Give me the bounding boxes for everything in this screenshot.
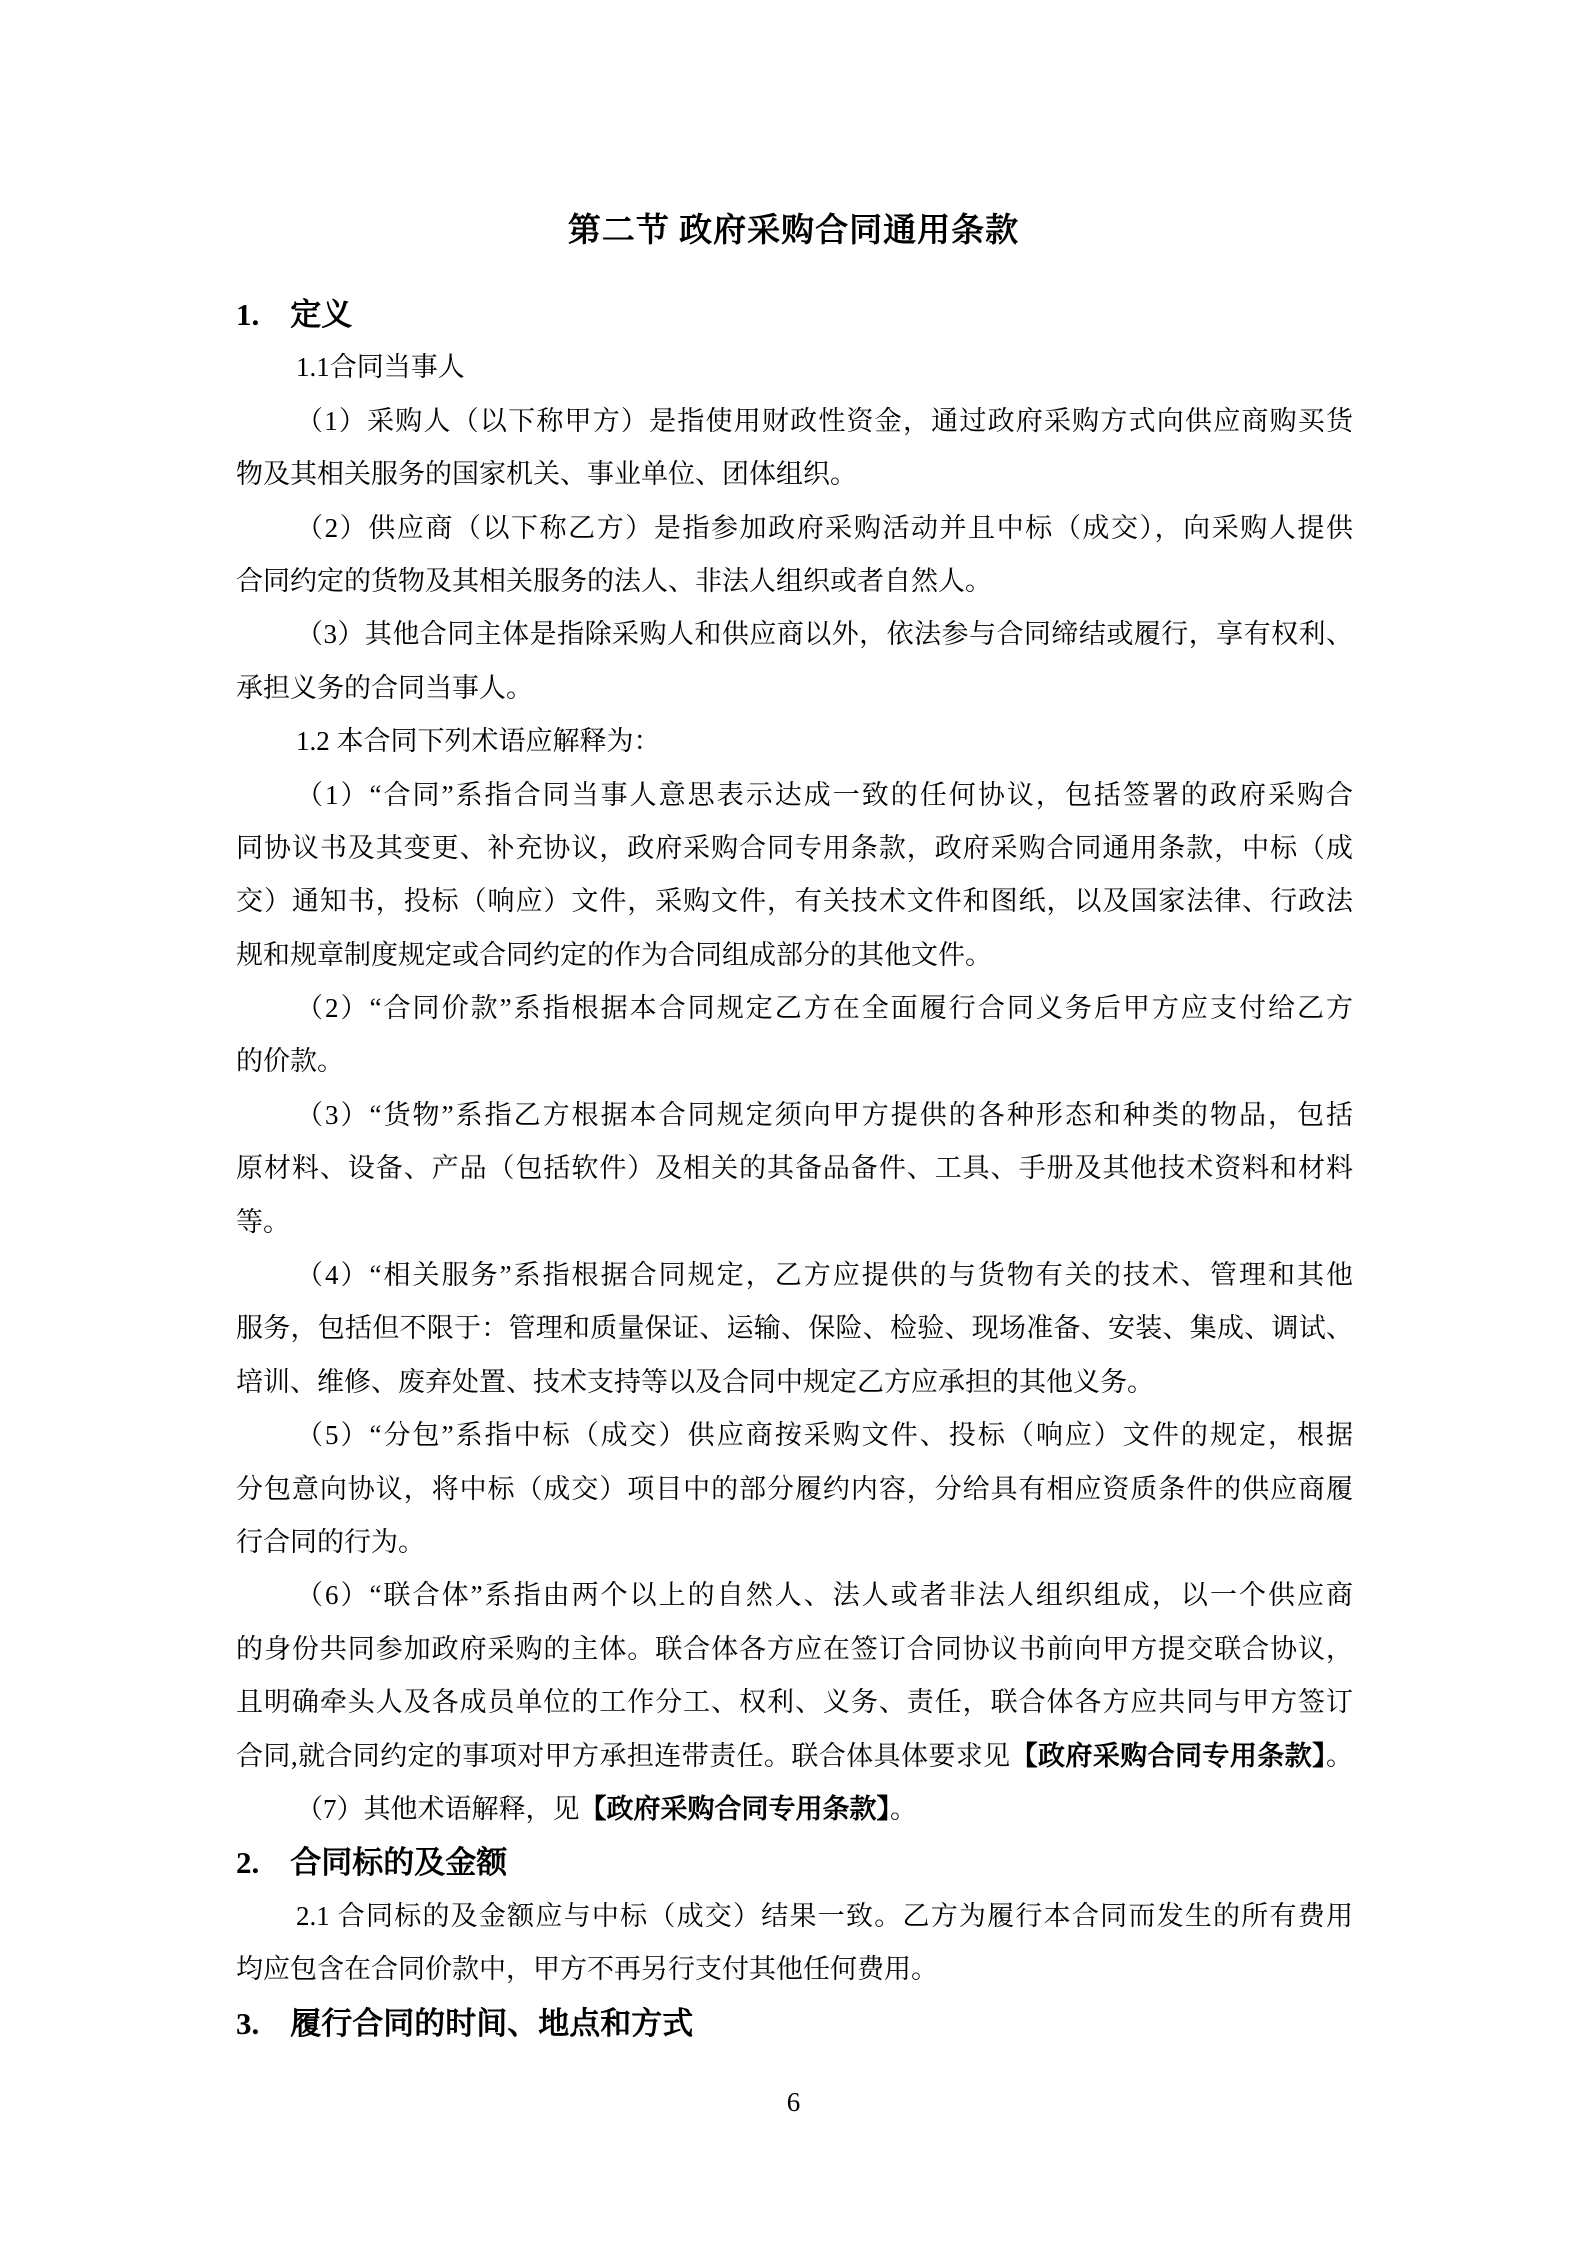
text-line: 且明确牵头人及各成员单位的工作分工、权利、义务、责任，联合体各方应共同与甲方签订 — [236, 1676, 1353, 1729]
text-run: 合同,就合同约定的事项对甲方承担连带责任。联合体具体要求见 — [236, 1741, 1011, 1771]
text-line: 物及其相关服务的国家机关、事业单位、团体组织。 — [236, 448, 1353, 501]
text-line: 等。 — [236, 1196, 1353, 1249]
text-line: 1.1合同当事人 — [236, 341, 1353, 394]
text-line: 均应包含在合同价款中，甲方不再另行支付其他任何费用。 — [236, 1943, 1353, 1996]
text-run: 服务，包括但不限于：管理和质量保证、运输、保险、检验、现场准备、安装、集成、调试… — [236, 1313, 1353, 1343]
text-run: 均应包含在合同价款中，甲方不再另行支付其他任何费用。 — [236, 1954, 938, 1984]
section-heading: 3. 履行合同的时间、地点和方式 — [236, 1997, 1353, 2050]
text-line: 合同约定的货物及其相关服务的法人、非法人组织或者自然人。 — [236, 555, 1353, 608]
text-run: （7）其他术语解释，见 — [296, 1794, 580, 1824]
text-run: 3. 履行合同的时间、地点和方式 — [236, 2006, 693, 2041]
text-run: 合同约定的货物及其相关服务的法人、非法人组织或者自然人。 — [236, 566, 992, 596]
text-run: 规和规章制度规定或合同约定的作为合同组成部分的其他文件。 — [236, 940, 992, 970]
text-run: （3）其他合同主体是指除采购人和供应商以外，依法参与合同缔结或履行，享有权利、 — [296, 619, 1353, 649]
text-line: 服务，包括但不限于：管理和质量保证、运输、保险、检验、现场准备、安装、集成、调试… — [236, 1302, 1353, 1355]
text-run: 同协议书及其变更、补充协议，政府采购合同专用条款，政府采购合同通用条款，中标（成 — [236, 833, 1353, 863]
text-line: 的价款。 — [236, 1035, 1353, 1088]
text-line: 2.1 合同标的及金额应与中标（成交）结果一致。乙方为履行本合同而发生的所有费用 — [236, 1890, 1353, 1943]
document-body: 1. 定义1.1合同当事人（1）采购人（以下称甲方）是指使用财政性资金，通过政府… — [236, 288, 1353, 2050]
bold-reference-text: 【政府采购合同专用条款】 — [580, 1794, 891, 1824]
text-run: 。 — [890, 1794, 917, 1824]
text-run: （2）“合同价款”系指根据本合同规定乙方在全面履行合同义务后甲方应支付给乙方 — [296, 993, 1353, 1023]
text-line: 的身份共同参加政府采购的主体。联合体各方应在签订合同协议书前向甲方提交联合协议， — [236, 1623, 1353, 1676]
text-line: 分包意向协议，将中标（成交）项目中的部分履约内容，分给具有相应资质条件的供应商履 — [236, 1463, 1353, 1516]
text-line: 交）通知书，投标（响应）文件，采购文件，有关技术文件和图纸，以及国家法律、行政法 — [236, 875, 1353, 928]
text-line: （3）其他合同主体是指除采购人和供应商以外，依法参与合同缔结或履行，享有权利、 — [236, 608, 1353, 661]
bold-reference-text: 【政府采购合同专用条款】 — [1011, 1741, 1326, 1771]
section-heading: 2. 合同标的及金额 — [236, 1836, 1353, 1889]
text-line: （2）“合同价款”系指根据本合同规定乙方在全面履行合同义务后甲方应支付给乙方 — [236, 982, 1353, 1035]
text-run: 1. 定义 — [236, 297, 352, 332]
text-run: （4）“相关服务”系指根据合同规定，乙方应提供的与货物有关的技术、管理和其他 — [296, 1260, 1353, 1290]
text-run: 1.1合同当事人 — [296, 352, 465, 382]
text-line: （4）“相关服务”系指根据合同规定，乙方应提供的与货物有关的技术、管理和其他 — [236, 1249, 1353, 1302]
text-line: （7）其他术语解释，见【政府采购合同专用条款】。 — [236, 1783, 1353, 1836]
text-line: 同协议书及其变更、补充协议，政府采购合同专用条款，政府采购合同通用条款，中标（成 — [236, 822, 1353, 875]
text-run: （6）“联合体”系指由两个以上的自然人、法人或者非法人组织组成，以一个供应商 — [296, 1580, 1353, 1610]
text-run: 且明确牵头人及各成员单位的工作分工、权利、义务、责任，联合体各方应共同与甲方签订 — [236, 1687, 1353, 1717]
text-line: 1.2 本合同下列术语应解释为： — [236, 715, 1353, 768]
text-run: 2. 合同标的及金额 — [236, 1845, 507, 1880]
text-line: 行合同的行为。 — [236, 1516, 1353, 1569]
text-line: （6）“联合体”系指由两个以上的自然人、法人或者非法人组织组成，以一个供应商 — [236, 1569, 1353, 1622]
text-line: （3）“货物”系指乙方根据本合同规定须向甲方提供的各种形态和种类的物品，包括 — [236, 1089, 1353, 1142]
document-title: 第二节 政府采购合同通用条款 — [0, 203, 1587, 259]
text-line: （1）采购人（以下称甲方）是指使用财政性资金，通过政府采购方式向供应商购买货 — [236, 395, 1353, 448]
text-run: 等。 — [236, 1207, 290, 1237]
text-run: （1）采购人（以下称甲方）是指使用财政性资金，通过政府采购方式向供应商购买货 — [296, 406, 1353, 436]
text-line: 承担义务的合同当事人。 — [236, 662, 1353, 715]
text-run: 培训、维修、废弃处置、技术支持等以及合同中规定乙方应承担的其他义务。 — [236, 1367, 1154, 1397]
text-line: 规和规章制度规定或合同约定的作为合同组成部分的其他文件。 — [236, 929, 1353, 982]
text-line: （1）“合同”系指合同当事人意思表示达成一致的任何协议，包括签署的政府采购合 — [236, 769, 1353, 822]
text-line: 合同,就合同约定的事项对甲方承担连带责任。联合体具体要求见【政府采购合同专用条款… — [236, 1730, 1353, 1783]
text-line: （2）供应商（以下称乙方）是指参加政府采购活动并且中标（成交），向采购人提供 — [236, 502, 1353, 555]
text-run: （1）“合同”系指合同当事人意思表示达成一致的任何协议，包括签署的政府采购合 — [296, 780, 1353, 810]
document-page: 第二节 政府采购合同通用条款 1. 定义1.1合同当事人（1）采购人（以下称甲方… — [0, 0, 1587, 2245]
text-run: 承担义务的合同当事人。 — [236, 673, 533, 703]
text-run: （2）供应商（以下称乙方）是指参加政府采购活动并且中标（成交），向采购人提供 — [296, 513, 1353, 543]
text-line: （5）“分包”系指中标（成交）供应商按采购文件、投标（响应）文件的规定，根据 — [236, 1409, 1353, 1462]
text-run: 分包意向协议，将中标（成交）项目中的部分履约内容，分给具有相应资质条件的供应商履 — [236, 1474, 1353, 1504]
text-run: 1.2 本合同下列术语应解释为： — [296, 726, 661, 756]
text-run: 物及其相关服务的国家机关、事业单位、团体组织。 — [236, 459, 857, 489]
text-run: 行合同的行为。 — [236, 1527, 425, 1557]
text-run: （3）“货物”系指乙方根据本合同规定须向甲方提供的各种形态和种类的物品，包括 — [296, 1100, 1353, 1130]
text-run: 原材料、设备、产品（包括软件）及相关的其备品备件、工具、手册及其他技术资料和材料 — [236, 1153, 1353, 1183]
text-run: 2.1 合同标的及金额应与中标（成交）结果一致。乙方为履行本合同而发生的所有费用 — [296, 1901, 1353, 1931]
text-line: 原材料、设备、产品（包括软件）及相关的其备品备件、工具、手册及其他技术资料和材料 — [236, 1142, 1353, 1195]
text-run: 的价款。 — [236, 1046, 344, 1076]
section-heading: 1. 定义 — [236, 288, 1353, 341]
text-run: 交）通知书，投标（响应）文件，采购文件，有关技术文件和图纸，以及国家法律、行政法 — [236, 886, 1353, 916]
text-line: 培训、维修、废弃处置、技术支持等以及合同中规定乙方应承担的其他义务。 — [236, 1356, 1353, 1409]
text-run: 的身份共同参加政府采购的主体。联合体各方应在签订合同协议书前向甲方提交联合协议， — [236, 1634, 1353, 1664]
text-run: （5）“分包”系指中标（成交）供应商按采购文件、投标（响应）文件的规定，根据 — [296, 1420, 1353, 1450]
text-run: 。 — [1326, 1741, 1353, 1771]
page-number: 6 — [0, 2076, 1587, 2128]
